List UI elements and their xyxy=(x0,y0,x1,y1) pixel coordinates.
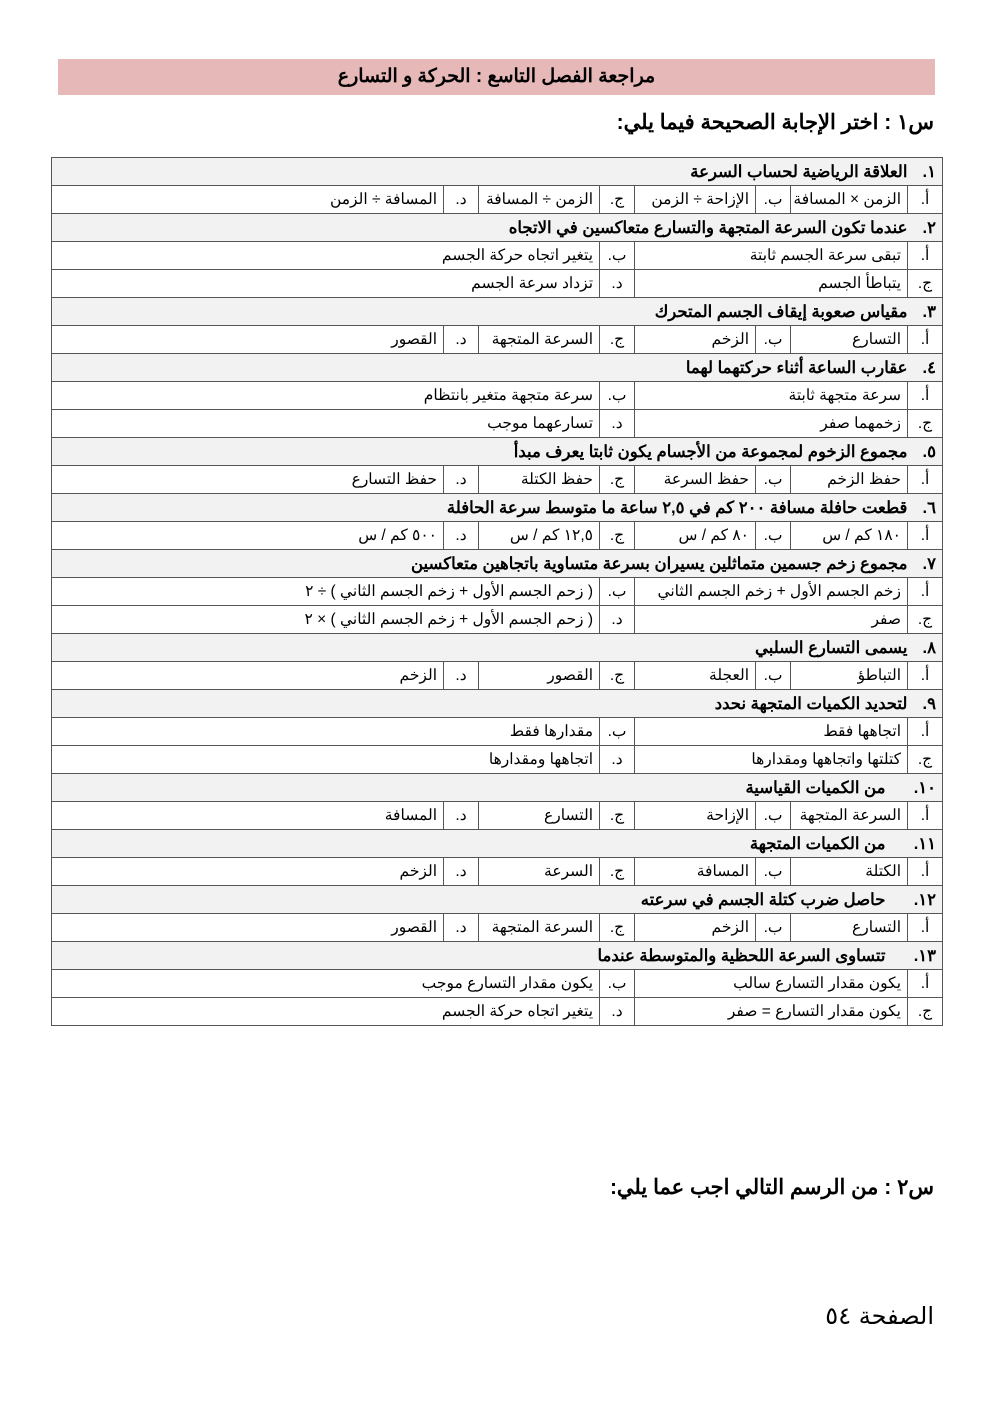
option-letter-a: أ. xyxy=(908,914,943,942)
question-number: ٣. xyxy=(912,302,936,322)
option-d[interactable]: المسافة xyxy=(52,802,444,830)
question-row: ١٠. من الكميات القياسية xyxy=(52,774,943,802)
question-row: ١٣. تتساوى السرعة اللحظية والمتوسطة عندم… xyxy=(52,942,943,970)
option-b[interactable]: ٨٠ كم / س xyxy=(635,522,756,550)
option-a[interactable]: ١٨٠ كم / س xyxy=(791,522,908,550)
option-a[interactable]: الكتلة xyxy=(791,858,908,886)
option-c[interactable]: صفر xyxy=(635,606,908,634)
options-row: أ.تبقى سرعة الجسم ثابتةب.يتغير اتجاه حرك… xyxy=(52,242,943,270)
question-row: ٣. مقياس صعوبة إيقاف الجسم المتحرك xyxy=(52,298,943,326)
option-c[interactable]: حفظ الكتلة xyxy=(479,466,600,494)
question-row: ٧. مجموع زخم جسمين متماثلين يسيران بسرعة… xyxy=(52,550,943,578)
option-letter-b: ب. xyxy=(600,242,635,270)
option-c[interactable]: السرعة المتجهة xyxy=(479,914,600,942)
option-d[interactable]: تسارعهما موجب xyxy=(52,410,600,438)
question-stem: العلاقة الرياضية لحساب السرعة xyxy=(690,163,907,181)
question-text: ١٠. من الكميات القياسية xyxy=(52,774,943,802)
question-number: ٢. xyxy=(912,218,936,238)
option-letter-a: أ. xyxy=(908,662,943,690)
option-letter-d: د. xyxy=(444,802,479,830)
question-number: ١٣. xyxy=(890,946,936,966)
option-letter-a: أ. xyxy=(908,242,943,270)
question-number: ٤. xyxy=(912,358,936,378)
question-stem: حاصل ضرب كتلة الجسم في سرعته xyxy=(641,891,886,909)
options-row: ج.كتلتها واتجاهها ومقدارهاد.اتجاهها ومقد… xyxy=(52,746,943,774)
question-row: ٤. عقارب الساعة أثناء حركتهما لهما xyxy=(52,354,943,382)
option-d[interactable]: القصور xyxy=(52,914,444,942)
question-number: ٦. xyxy=(912,498,936,518)
option-letter-c: ج. xyxy=(600,186,635,214)
question-text: ٧. مجموع زخم جسمين متماثلين يسيران بسرعة… xyxy=(52,550,943,578)
option-c[interactable]: السرعة xyxy=(479,858,600,886)
option-a[interactable]: زخم الجسم الأول + زخم الجسم الثاني xyxy=(635,578,908,606)
option-d[interactable]: الزخم xyxy=(52,858,444,886)
options-row: ج.صفرد.( زحم الجسم الأول + زخم الجسم الث… xyxy=(52,606,943,634)
option-a[interactable]: اتجاهها فقط xyxy=(635,718,908,746)
option-c[interactable]: يتباطأ الجسم xyxy=(635,270,908,298)
option-letter-d: د. xyxy=(444,466,479,494)
question-text: ١٣. تتساوى السرعة اللحظية والمتوسطة عندم… xyxy=(52,942,943,970)
option-d[interactable]: يتغير اتجاه حركة الجسم xyxy=(52,998,600,1026)
question-text: ٤. عقارب الساعة أثناء حركتهما لهما xyxy=(52,354,943,382)
option-letter-c: ج. xyxy=(908,998,943,1026)
option-letter-c: ج. xyxy=(600,326,635,354)
option-a[interactable]: يكون مقدار التسارع سالب xyxy=(635,970,908,998)
page-number: الصفحة ٥٤ xyxy=(825,1302,934,1330)
option-letter-b: ب. xyxy=(600,970,635,998)
option-d[interactable]: ٥٠٠ كم / س xyxy=(52,522,444,550)
option-letter-d: د. xyxy=(444,186,479,214)
question-text: ٦. قطعت حافلة مسافة ٢٠٠ كم في ٢,٥ ساعة م… xyxy=(52,494,943,522)
question-stem: تتساوى السرعة اللحظية والمتوسطة عندما xyxy=(597,947,885,965)
option-b[interactable]: الإزاحة ÷ الزمن xyxy=(635,186,756,214)
option-a[interactable]: الزمن × المسافة xyxy=(791,186,908,214)
option-c[interactable]: السرعة المتجهة xyxy=(479,326,600,354)
question-number: ١. xyxy=(912,162,936,182)
question-number: ١٢. xyxy=(890,890,936,910)
option-b[interactable]: يتغير اتجاه حركة الجسم xyxy=(52,242,600,270)
option-letter-c: ج. xyxy=(600,802,635,830)
option-letter-c: ج. xyxy=(908,606,943,634)
question-number: ٧. xyxy=(912,554,936,574)
question-text: ٩. لتحديد الكميات المتجهة نحدد xyxy=(52,690,943,718)
option-letter-c: ج. xyxy=(600,466,635,494)
option-b[interactable]: الزخم xyxy=(635,914,756,942)
question-stem: لتحديد الكميات المتجهة نحدد xyxy=(715,695,908,713)
question-text: ٢. عندما تكون السرعة المتجهة والتسارع مت… xyxy=(52,214,943,242)
option-d[interactable]: الزخم xyxy=(52,662,444,690)
option-letter-d: د. xyxy=(444,914,479,942)
options-row: أ.اتجاهها فقطب.مقدارها فقط xyxy=(52,718,943,746)
option-letter-b: ب. xyxy=(600,578,635,606)
option-a[interactable]: التسارع xyxy=(791,914,908,942)
options-row: أ.الزمن × المسافةب.الإزاحة ÷ الزمنج.الزم… xyxy=(52,186,943,214)
question-stem: من الكميات القياسية xyxy=(745,779,885,797)
option-letter-b: ب. xyxy=(600,382,635,410)
option-letter-a: أ. xyxy=(908,382,943,410)
options-row: أ.التسارعب.الزخمج.السرعة المتجهةد.القصور xyxy=(52,326,943,354)
option-a[interactable]: حفظ الزخم xyxy=(791,466,908,494)
option-b[interactable]: مقدارها فقط xyxy=(52,718,600,746)
mcq-table: ١. العلاقة الرياضية لحساب السرعةأ.الزمن … xyxy=(51,157,943,1026)
option-a[interactable]: التباطؤ xyxy=(791,662,908,690)
question-stem: مجموع زخم جسمين متماثلين يسيران بسرعة مت… xyxy=(411,555,907,573)
option-b[interactable]: العجلة xyxy=(635,662,756,690)
question-stem: مجموع الزخوم لمجموعة من الأجسام يكون ثاب… xyxy=(514,443,908,461)
options-row: أ.يكون مقدار التسارع سالبب.يكون مقدار ال… xyxy=(52,970,943,998)
option-b[interactable]: يكون مقدار التسارع موجب xyxy=(52,970,600,998)
question-text: ١١. من الكميات المتجهة xyxy=(52,830,943,858)
question-text: ٣. مقياس صعوبة إيقاف الجسم المتحرك xyxy=(52,298,943,326)
question-stem: عندما تكون السرعة المتجهة والتسارع متعاك… xyxy=(509,219,908,237)
option-letter-b: ب. xyxy=(600,718,635,746)
question-number: ١١. xyxy=(890,834,936,854)
option-letter-a: أ. xyxy=(908,970,943,998)
option-c[interactable]: التسارع xyxy=(479,802,600,830)
option-d[interactable]: المسافة ÷ الزمن xyxy=(52,186,444,214)
worksheet-page: مراجعة الفصل التاسع : الحركة و التسارع س… xyxy=(0,0,992,1403)
option-a[interactable]: تبقى سرعة الجسم ثابتة xyxy=(635,242,908,270)
option-letter-d: د. xyxy=(444,662,479,690)
option-c[interactable]: ١٢,٥ كم / س xyxy=(479,522,600,550)
option-letter-d: د. xyxy=(600,998,635,1026)
option-letter-d: د. xyxy=(600,746,635,774)
question-number: ٩. xyxy=(912,694,936,714)
option-letter-a: أ. xyxy=(908,466,943,494)
option-b[interactable]: حفظ السرعة xyxy=(635,466,756,494)
option-letter-a: أ. xyxy=(908,522,943,550)
option-letter-d: د. xyxy=(444,326,479,354)
question-row: ١. العلاقة الرياضية لحساب السرعة xyxy=(52,158,943,186)
option-letter-c: ج. xyxy=(600,522,635,550)
options-row: أ.١٨٠ كم / سب.٨٠ كم / سج.١٢,٥ كم / سد.٥٠… xyxy=(52,522,943,550)
options-row: أ.سرعة متجهة ثابتةب.سرعة متجهة متغير بان… xyxy=(52,382,943,410)
options-row: أ.زخم الجسم الأول + زخم الجسم الثانيب.( … xyxy=(52,578,943,606)
options-row: أ.التباطؤب.العجلةج.القصورد.الزخم xyxy=(52,662,943,690)
options-row: أ.الكتلةب.المسافةج.السرعةد.الزخم xyxy=(52,858,943,886)
question-stem: مقياس صعوبة إيقاف الجسم المتحرك xyxy=(655,303,908,321)
option-b[interactable]: ( زحم الجسم الأول + زخم الجسم الثاني ) ÷… xyxy=(52,578,600,606)
options-row: ج.يكون مقدار التسارع = صفرد.يتغير اتجاه … xyxy=(52,998,943,1026)
question-row: ١٢. حاصل ضرب كتلة الجسم في سرعته xyxy=(52,886,943,914)
question-text: ١. العلاقة الرياضية لحساب السرعة xyxy=(52,158,943,186)
question-stem: من الكميات المتجهة xyxy=(750,835,886,853)
question-row: ٥. مجموع الزخوم لمجموعة من الأجسام يكون … xyxy=(52,438,943,466)
option-c[interactable]: القصور xyxy=(479,662,600,690)
option-letter-b: ب. xyxy=(756,466,791,494)
question-row: ٩. لتحديد الكميات المتجهة نحدد xyxy=(52,690,943,718)
options-row: ج.يتباطأ الجسمد.تزداد سرعة الجسم xyxy=(52,270,943,298)
option-b[interactable]: الزخم xyxy=(635,326,756,354)
option-letter-c: ج. xyxy=(600,662,635,690)
option-c[interactable]: الزمن ÷ المسافة xyxy=(479,186,600,214)
option-letter-d: د. xyxy=(444,522,479,550)
options-row: أ.السرعة المتجهةب.الإزاحةج.التسارعد.المس… xyxy=(52,802,943,830)
option-b[interactable]: سرعة متجهة متغير بانتظام xyxy=(52,382,600,410)
question-text: ١٢. حاصل ضرب كتلة الجسم في سرعته xyxy=(52,886,943,914)
page-title: مراجعة الفصل التاسع : الحركة و التسارع xyxy=(58,59,935,95)
option-letter-c: ج. xyxy=(908,270,943,298)
option-d[interactable]: تزداد سرعة الجسم xyxy=(52,270,600,298)
options-row: أ.حفظ الزخمب.حفظ السرعةج.حفظ الكتلةد.حفظ… xyxy=(52,466,943,494)
option-a[interactable]: سرعة متجهة ثابتة xyxy=(635,382,908,410)
option-a[interactable]: التسارع xyxy=(791,326,908,354)
option-letter-d: د. xyxy=(600,270,635,298)
option-d[interactable]: حفظ التسارع xyxy=(52,466,444,494)
question-number: ١٠. xyxy=(890,778,936,798)
option-d[interactable]: القصور xyxy=(52,326,444,354)
question-number: ٨. xyxy=(912,638,936,658)
option-c[interactable]: كتلتها واتجاهها ومقدارها xyxy=(635,746,908,774)
option-d[interactable]: اتجاهها ومقدارها xyxy=(52,746,600,774)
option-letter-a: أ. xyxy=(908,578,943,606)
question-number: ٥. xyxy=(912,442,936,462)
question-row: ١١. من الكميات المتجهة xyxy=(52,830,943,858)
option-letter-d: د. xyxy=(600,410,635,438)
option-letter-c: ج. xyxy=(600,914,635,942)
question-stem: قطعت حافلة مسافة ٢٠٠ كم في ٢,٥ ساعة ما م… xyxy=(447,499,908,517)
question-row: ٢. عندما تكون السرعة المتجهة والتسارع مت… xyxy=(52,214,943,242)
option-b[interactable]: الإزاحة xyxy=(635,802,756,830)
option-letter-b: ب. xyxy=(756,186,791,214)
option-letter-c: ج. xyxy=(908,746,943,774)
question-text: ٥. مجموع الزخوم لمجموعة من الأجسام يكون … xyxy=(52,438,943,466)
options-row: ج.زخمهما صفرد.تسارعهما موجب xyxy=(52,410,943,438)
option-letter-a: أ. xyxy=(908,802,943,830)
option-c[interactable]: زخمهما صفر xyxy=(635,410,908,438)
options-row: أ.التسارعب.الزخمج.السرعة المتجهةد.القصور xyxy=(52,914,943,942)
option-letter-d: د. xyxy=(600,606,635,634)
question-stem: عقارب الساعة أثناء حركتهما لهما xyxy=(686,359,908,377)
section2-heading: س٢ : من الرسم التالي اجب عما يلي: xyxy=(610,1175,934,1200)
option-letter-b: ب. xyxy=(756,858,791,886)
option-c[interactable]: يكون مقدار التسارع = صفر xyxy=(635,998,908,1026)
option-letter-c: ج. xyxy=(908,410,943,438)
option-letter-b: ب. xyxy=(756,802,791,830)
option-letter-b: ب. xyxy=(756,522,791,550)
option-letter-b: ب. xyxy=(756,914,791,942)
section1-heading: س١ : اختر الإجابة الصحيحة فيما يلي: xyxy=(617,110,934,135)
option-letter-a: أ. xyxy=(908,858,943,886)
question-row: ٨. يسمى التسارع السلبي xyxy=(52,634,943,662)
option-b[interactable]: المسافة xyxy=(635,858,756,886)
option-letter-b: ب. xyxy=(756,662,791,690)
option-letter-b: ب. xyxy=(756,326,791,354)
option-a[interactable]: السرعة المتجهة xyxy=(791,802,908,830)
option-letter-c: ج. xyxy=(600,858,635,886)
option-letter-a: أ. xyxy=(908,186,943,214)
option-d[interactable]: ( زحم الجسم الأول + زخم الجسم الثاني ) ×… xyxy=(52,606,600,634)
option-letter-a: أ. xyxy=(908,326,943,354)
question-row: ٦. قطعت حافلة مسافة ٢٠٠ كم في ٢,٥ ساعة م… xyxy=(52,494,943,522)
option-letter-d: د. xyxy=(444,858,479,886)
question-stem: يسمى التسارع السلبي xyxy=(755,639,907,657)
option-letter-a: أ. xyxy=(908,718,943,746)
question-text: ٨. يسمى التسارع السلبي xyxy=(52,634,943,662)
